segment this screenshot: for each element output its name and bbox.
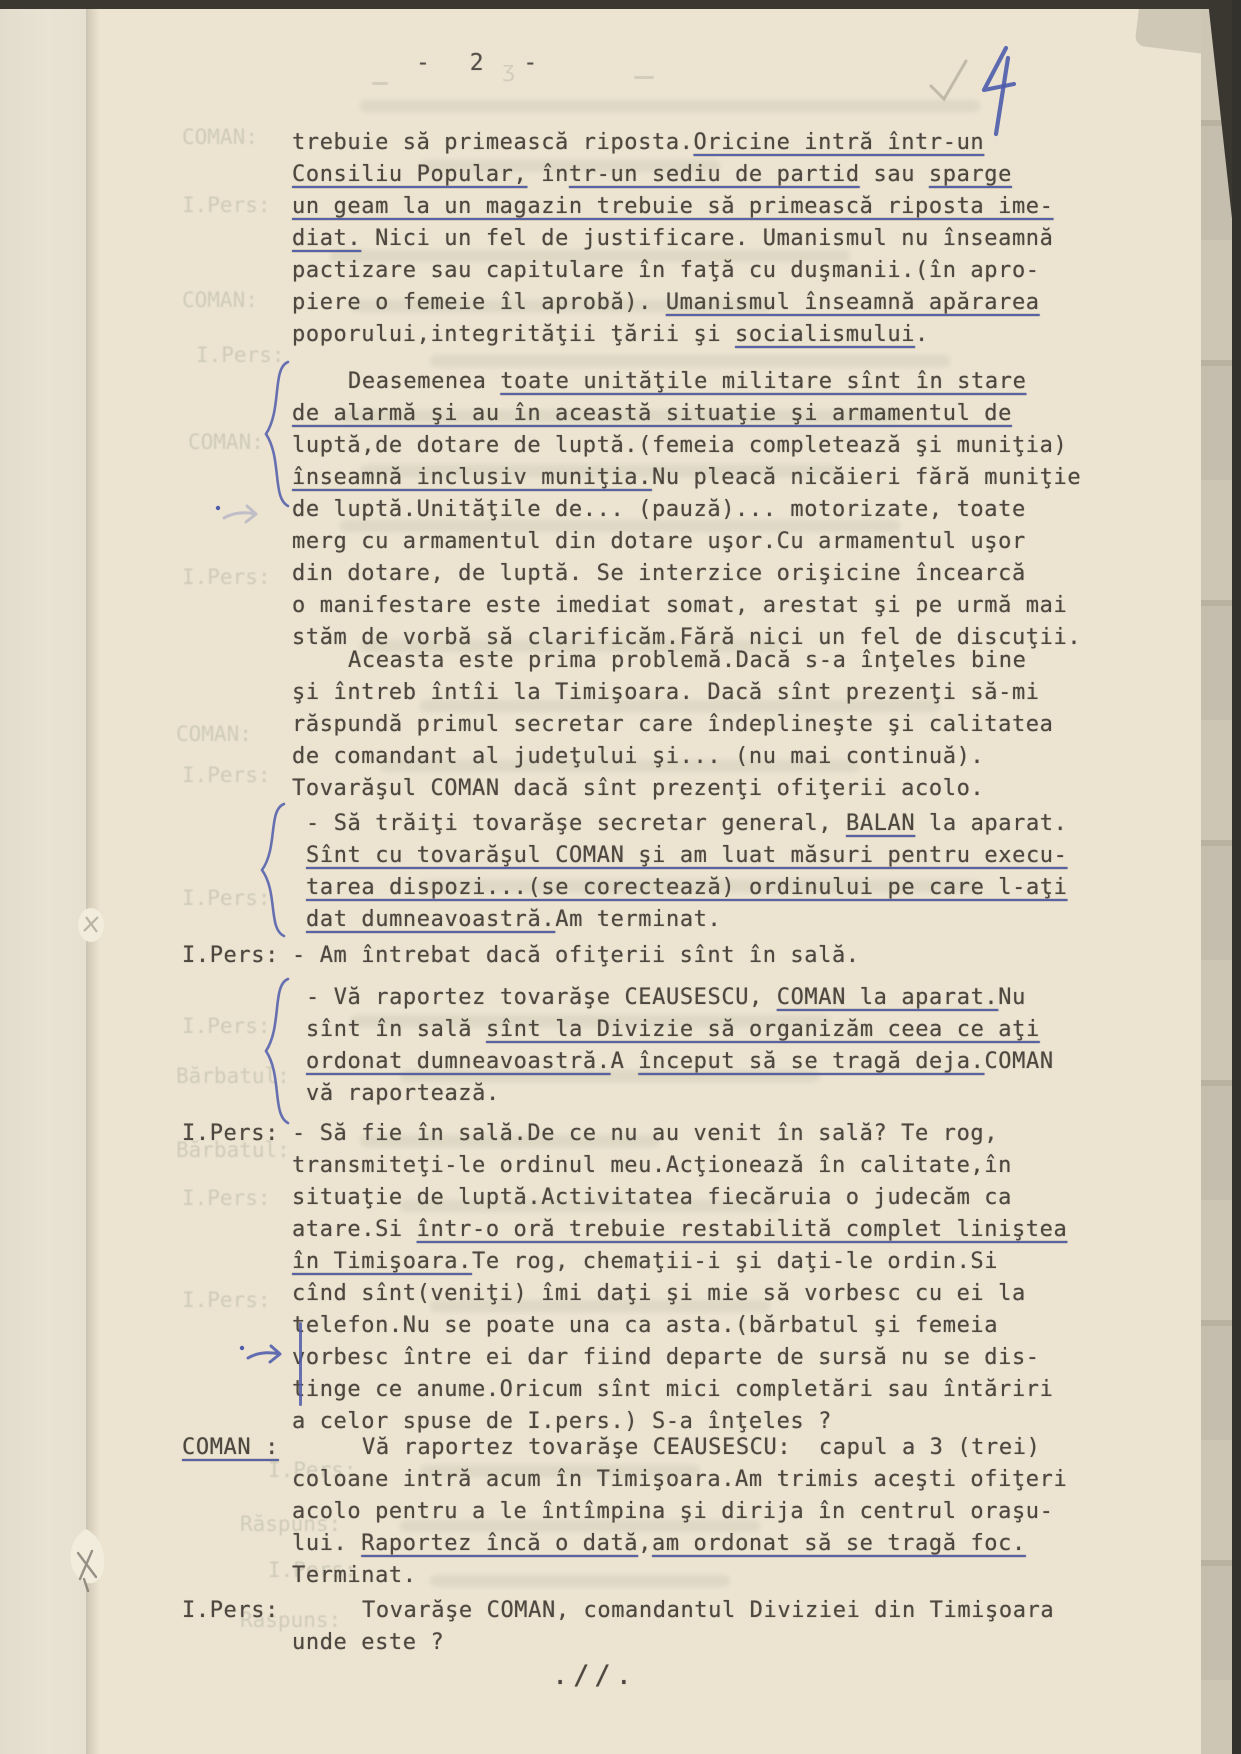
bleedthrough-speaker-label: I.Pers: [182,193,271,217]
text-line: Sînt cu tovarăşul COMAN şi am luat măsur… [306,840,1106,872]
text-line: piere o femeie îl aprobă). Umanismul îns… [292,287,1092,319]
text-line: de luptă.Unităţile de... (pauză)... moto… [292,494,1092,526]
end-of-page-mark: .//. [552,1660,637,1691]
faint-margin-arrow-icon [214,498,266,536]
pen-underlined-text: am ordonat să se tragă foc. [652,1531,1026,1556]
pen-underlined-text: BALAN [846,811,915,836]
paragraph-6: - Vă raportez tovarăşe CEAUSESCU, COMAN … [292,982,1106,1110]
paper-tear [58,1525,114,1601]
text-line: de comandant al judeţului şi... (nu mai … [292,741,1092,773]
speaker-label: COMAN : [182,1432,279,1464]
pen-underlined-text: Oricine intră într-un [694,130,985,155]
text-line: Vă raportez tovarăşe CEAUSESCU: capul a … [292,1432,1092,1464]
text-line: sînt în sală sînt la Divizie să organiză… [306,1014,1106,1046]
text-line: lui. Raportez încă o dată,am ordonat să … [292,1528,1092,1560]
text-line: ordonat dumneavoastră.A început să se tr… [306,1046,1106,1078]
text-line: - Am întrebat dacă ofiţerii sînt în sală… [292,940,1092,972]
paragraph-3: Aceasta este prima problemă.Dacă s-a înţ… [292,645,1092,805]
scan-dark-right-edge [1232,0,1241,1754]
staple-hole [74,905,108,949]
text-line: poporului,integrităţii ţării şi socialis… [292,319,1092,351]
margin-brace [256,358,296,514]
pen-underlined-text: Umanismul înseamnă apărarea [666,290,1040,315]
text-line: Aceasta este prima problemă.Dacă s-a înţ… [292,645,1092,677]
text-line: diat. Nici un fel de justificare. Umanis… [292,223,1092,255]
text-line: - Să fie în sală.De ce nu au venit în sa… [292,1118,1092,1150]
text-line: de alarmă şi au în această situaţie şi a… [292,398,1092,430]
text-line: Terminat. [292,1560,1092,1592]
pen-underlined-text: sparge [929,162,1012,187]
text-line: Tovarăşe COMAN, comandantul Diviziei din… [292,1595,1092,1627]
pen-underlined-text: într-o oră trebuie restabilită complet l… [417,1217,1068,1242]
page-stack-edge [1201,0,1233,1754]
bleedthrough-speaker-label: COMAN: [182,288,258,312]
bleedthrough-speaker-label: I.Pers: [182,763,271,787]
text-line: acolo pentru a le întîmpina şi dirija în… [292,1496,1092,1528]
speaker-label: I.Pers: [182,1595,279,1627]
text-line: coloane intră acum în Timişoara.Am trimi… [292,1464,1092,1496]
text-line: pactizare sau capitulare în faţă cu duşm… [292,255,1092,287]
text-line: merg cu armamentul din dotare uşor.Cu ar… [292,526,1092,558]
pen-underlined-text: început să se tragă deja. [638,1049,984,1074]
bleedthrough-speaker-label: I.Pers: [182,1186,271,1210]
text-line: Consiliu Popular, într-un sediu de parti… [292,159,1092,191]
page-fold-edge [0,0,88,1754]
pen-underlined-text: ordonat dumneavoastră. [306,1049,611,1074]
pen-underlined-text: sînt la Divizie să organizăm ceea ce aţi [486,1017,1040,1042]
paragraph-9: I.Pers:Tovarăşe COMAN, comandantul Diviz… [292,1595,1092,1659]
pen-underlined-text: tr-un sediu de partid [569,162,860,187]
bleedthrough-speaker-label: I.Pers: [182,565,271,589]
pencil-dash [372,82,388,85]
pen-underlined-text: Consiliu Popular, [292,162,527,187]
text-line: - Vă raportez tovarăşe CEAUSESCU, COMAN … [306,982,1106,1014]
margin-vertical-line [299,1322,302,1406]
scan-dark-top-edge [0,0,1241,9]
pen-underlined-text: toate unităţile militare sînt în stare [500,369,1026,394]
bleedthrough-text-line [360,100,980,112]
text-line: telefon.Nu se poate una ca asta.(bărbatu… [292,1310,1092,1342]
paragraph-7: I.Pers:- Să fie în sală.De ce nu au veni… [292,1118,1092,1438]
paragraph-2: Deasemenea toate unităţile militare sînt… [292,366,1092,654]
margin-arrow-icon [238,1338,290,1376]
text-line: şi întreb întîi la Timişoara. Dacă sînt … [292,677,1092,709]
bleedthrough-speaker-label: I.Pers: [182,1288,271,1312]
pen-underlined-text: înseamnă inclusiv muniţia. [292,465,652,490]
pen-underlined-text: COMAN la aparat. [777,985,999,1010]
pen-underlined-text: diat. [292,226,361,251]
paragraph-4: - Să trăiţi tovarăşe secretar general, B… [292,808,1106,936]
text-line: situaţie de luptă.Activitatea fiecăruia … [292,1182,1092,1214]
text-line: Deasemenea toate unităţile militare sînt… [292,366,1092,398]
pen-underlined-text: dat dumneavoastră. [306,907,555,932]
pen-underlined-text: socialismului [735,322,915,347]
handwritten-page-mark [972,42,1030,146]
text-line: din dotare, de luptă. Se interzice orişi… [292,558,1092,590]
pen-underlined-text: Raportez încă o dată [361,1531,638,1556]
margin-brace [256,975,296,1131]
text-line: unde este ? [292,1627,1092,1659]
text-line: în Timişoara.Te rog, chemaţii-i şi daţi-… [292,1246,1092,1278]
text-line: vă raportează. [306,1078,1106,1110]
checkmark-icon [928,56,972,110]
text-line: o manifestare este imediat somat, aresta… [292,590,1092,622]
text-line: - Să trăiţi tovarăşe secretar general, B… [306,808,1106,840]
text-line: un geam la un magazin trebuie să primeas… [292,191,1092,223]
page-number: - 2 - [416,50,550,76]
pen-underlined-text: Sînt cu tovarăşul COMAN şi am luat măsur… [306,843,1067,868]
speaker-label: I.Pers: [182,940,279,972]
text-line: vorbesc între ei dar fiind departe de su… [292,1342,1092,1374]
text-line: transmiteţi-le ordinul meu.Acţionează în… [292,1150,1092,1182]
pencil-dash [634,76,654,79]
text-line: atare.Si într-o oră trebuie restabilită … [292,1214,1092,1246]
text-line: răspundă primul secretar care îndeplineş… [292,709,1092,741]
pen-underlined-text: în Timişoara. [292,1249,472,1274]
text-line: tinge ce anume.Oricum sînt mici completă… [292,1374,1092,1406]
paragraph-8: COMAN :Vă raportez tovarăşe CEAUSESCU: c… [292,1432,1092,1592]
text-line: luptă,de dotare de luptă.(femeia complet… [292,430,1092,462]
pen-underlined-text: un geam la un magazin trebuie să primeas… [292,194,1053,219]
bleedthrough-speaker-label: COMAN: [188,430,264,454]
text-line: dat dumneavoastră.Am terminat. [306,904,1106,936]
bleedthrough-speaker-label: COMAN: [176,722,252,746]
text-line: înseamnă inclusiv muniţia.Nu pleacă nică… [292,462,1092,494]
text-line: Tovarăşul COMAN dacă sînt prezenţi ofiţe… [292,773,1092,805]
margin-brace [252,800,292,944]
bleedthrough-speaker-label: COMAN: [182,125,258,149]
paragraph-5: I.Pers:- Am întrebat dacă ofiţerii sînt … [292,940,1092,972]
binding-crease [86,0,100,1754]
text-line: cînd sînt(veniţi) îmi daţi şi mie să vor… [292,1278,1092,1310]
scanned-document-page: COMAN:I.Pers:COMAN:I.Pers:COMAN:I.Pers:C… [0,0,1241,1754]
pen-underlined-text: tarea dispozi...(se corectează) ordinulu… [306,875,1067,900]
text-line: tarea dispozi...(se corectează) ordinulu… [306,872,1106,904]
paragraph-1: trebuie să primească riposta.Oricine int… [292,127,1092,351]
pen-underlined-text: de alarmă şi au în această situaţie şi a… [292,401,1012,426]
